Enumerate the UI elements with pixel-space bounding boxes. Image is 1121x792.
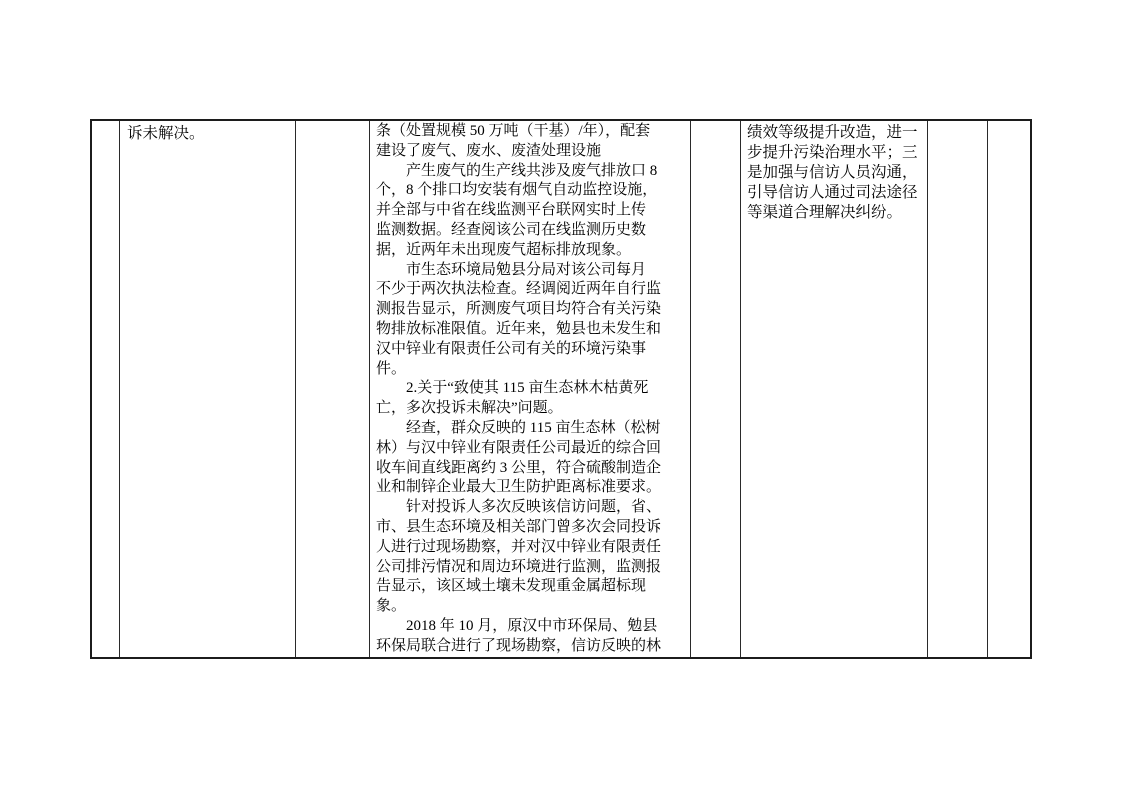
text-line: 产生废气的生产线共涉及废气排放口 8 [376,162,686,182]
text-line: 个，8 个排口均安装有烟气自动监控设施， [376,181,686,201]
investigation-details-text: 条（处置规模 50 万吨（干基）/年），配套建设了废气、废水、废渣处理设施 产生… [370,121,690,657]
text-line: 市、县生态环境及相关部门曾多次会同投诉 [376,518,686,538]
text-line: 告显示，该区域土壤未发现重金属超标现 [376,577,686,597]
text-line: 2.关于“致使其 115 亩生态林木枯黄死 [376,379,686,399]
table-cell-empty-1 [92,121,120,657]
text-line: 引导信访人通过司法途径 [747,183,923,203]
text-line: 测报告显示，所测废气项目均符合有关污染 [376,300,686,320]
text-line: 汉中锌业有限责任公司有关的环境污染事 [376,340,686,360]
text-line: 人进行过现场勘察，并对汉中锌业有限责任 [376,538,686,558]
text-line: 物排放标准限值。近年来，勉县也未发生和 [376,320,686,340]
text-line: 据，近两年未出现废气超标排放现象。 [376,241,686,261]
text-line: 林）与汉中锌业有限责任公司最近的综合回 [376,439,686,459]
table-cell-empty-5 [988,121,1030,657]
table-cell-empty-2 [296,121,370,657]
text-line: 收车间直线距离约 3 公里，符合硫酸制造企 [376,459,686,479]
text-line: 针对投诉人多次反映该信访问题，省、 [376,498,686,518]
text-line: 不少于两次执法检查。经调阅近两年自行监 [376,280,686,300]
table-cell-investigation-details: 条（处置规模 50 万吨（干基）/年），配套建设了废气、废水、废渣处理设施 产生… [370,121,691,657]
table-cell-complaint-summary: 诉未解决。 [120,121,296,657]
complaint-summary-text: 诉未解决。 [120,121,295,144]
text-line: 公司排污情况和周边环境进行监测，监测报 [376,558,686,578]
continuation-table: 诉未解决。 条（处置规模 50 万吨（干基）/年），配套建设了废气、废水、废渣处… [90,119,1032,659]
text-line: 件。 [376,360,686,380]
table-cell-empty-4 [928,121,988,657]
text-line: 环保局联合进行了现场勘察，信访反映的林 [376,637,686,657]
text-line: 绩效等级提升改造，进一 [747,123,923,143]
text-line: 条（处置规模 50 万吨（干基）/年），配套 [376,122,686,142]
text-line: 监测数据。经查阅该公司在线监测历史数 [376,221,686,241]
text-line: 市生态环境局勉县分局对该公司每月 [376,261,686,281]
text-line: 经查，群众反映的 115 亩生态林（松树 [376,419,686,439]
text-line: 2018 年 10 月，原汉中市环保局、勉县 [376,617,686,637]
text-line: 并全部与中省在线监测平台联网实时上传 [376,201,686,221]
text-line: 步提升污染治理水平；三 [747,143,923,163]
text-line: 业和制锌企业最大卫生防护距离标准要求。 [376,478,686,498]
text-line: 建设了废气、废水、废渣处理设施 [376,142,686,162]
text-line: 亡，多次投诉未解决”问题。 [376,399,686,419]
text-line: 象。 [376,597,686,617]
text-line: 是加强与信访人员沟通， [747,163,923,183]
document-page: 诉未解决。 条（处置规模 50 万吨（干基）/年），配套建设了废气、废水、废渣处… [0,0,1121,792]
table-cell-empty-3 [691,121,741,657]
text-line: 等渠道合理解决纠纷。 [747,203,923,223]
table-cell-remediation-measures: 绩效等级提升改造，进一步提升污染治理水平；三是加强与信访人员沟通，引导信访人通过… [741,121,928,657]
remediation-measures-text: 绩效等级提升改造，进一步提升污染治理水平；三是加强与信访人员沟通，引导信访人通过… [741,121,927,222]
